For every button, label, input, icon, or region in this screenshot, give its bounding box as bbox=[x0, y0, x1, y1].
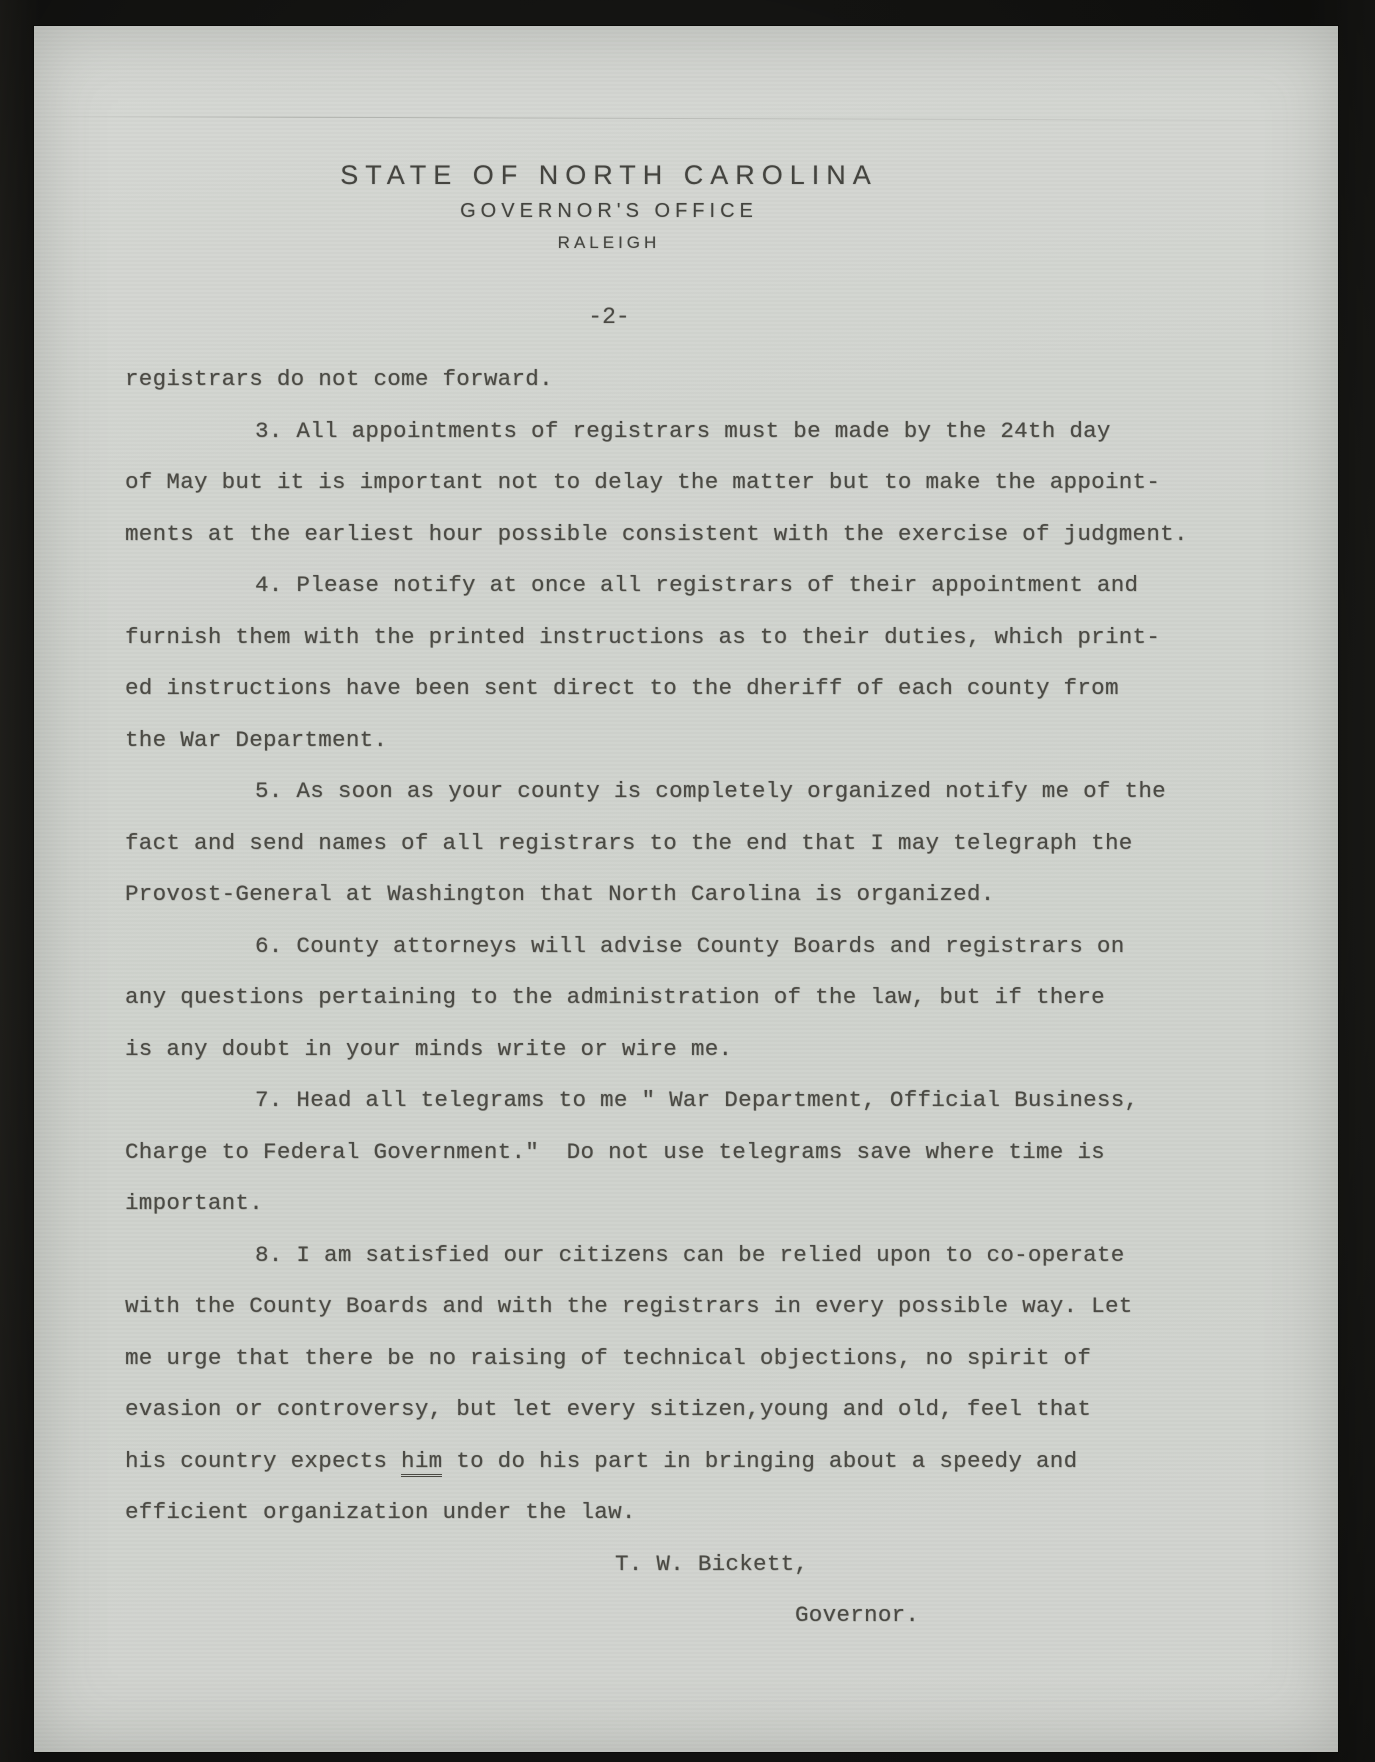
text-line: efficient organization under the law. bbox=[125, 1487, 1245, 1539]
text-line: any questions pertaining to the administ… bbox=[125, 972, 1245, 1024]
text-line: with the County Boards and with the regi… bbox=[125, 1281, 1245, 1333]
signature-title: Governor. bbox=[125, 1590, 1245, 1642]
text-line: fact and send names of all registrars to… bbox=[125, 818, 1245, 870]
text-line: 5. As soon as your county is completely … bbox=[125, 766, 1245, 818]
text-line: me urge that there be no raising of tech… bbox=[125, 1333, 1245, 1385]
text-line: Charge to Federal Government." Do not us… bbox=[125, 1127, 1245, 1179]
text-line: 4. Please notify at once all registrars … bbox=[125, 560, 1245, 612]
paper-crease bbox=[34, 116, 1338, 121]
text-line: registrars do not come forward. bbox=[125, 354, 1245, 406]
signature-name: T. W. Bickett, bbox=[125, 1539, 1245, 1591]
text-line: 8. I am satisfied our citizens can be re… bbox=[125, 1230, 1245, 1282]
text-line: furnish them with the printed instructio… bbox=[125, 612, 1245, 664]
text-segment: his country expects bbox=[125, 1448, 401, 1474]
text-line: is any doubt in your minds write or wire… bbox=[125, 1024, 1245, 1076]
document-page: STATE OF NORTH CAROLINA GOVERNOR'S OFFIC… bbox=[34, 26, 1338, 1752]
underlined-word: him bbox=[401, 1448, 442, 1477]
letterhead-office: GOVERNOR'S OFFICE bbox=[34, 200, 1184, 223]
letterhead-state: STATE OF NORTH CAROLINA bbox=[34, 160, 1184, 191]
letterhead-city: RALEIGH bbox=[34, 233, 1184, 253]
text-line: ed instructions have been sent direct to… bbox=[125, 663, 1245, 715]
text-line: important. bbox=[125, 1178, 1245, 1230]
text-line: the War Department. bbox=[125, 715, 1245, 767]
letter-body: registrars do not come forward. 3. All a… bbox=[125, 354, 1245, 1642]
text-line: 7. Head all telegrams to me " War Depart… bbox=[125, 1075, 1245, 1127]
page-number: -2- bbox=[34, 304, 1184, 330]
text-line: 3. All appointments of registrars must b… bbox=[125, 406, 1245, 458]
text-line-with-underline: his country expects him to do his part i… bbox=[125, 1436, 1245, 1488]
text-line: evasion or controversy, but let every si… bbox=[125, 1384, 1245, 1436]
text-segment: to do his part in bringing about a speed… bbox=[442, 1448, 1077, 1474]
text-line: 6. County attorneys will advise County B… bbox=[125, 921, 1245, 973]
text-line: of May but it is important not to delay … bbox=[125, 457, 1245, 509]
text-line: ments at the earliest hour possible cons… bbox=[125, 509, 1245, 561]
text-line: Provost-General at Washington that North… bbox=[125, 869, 1245, 921]
